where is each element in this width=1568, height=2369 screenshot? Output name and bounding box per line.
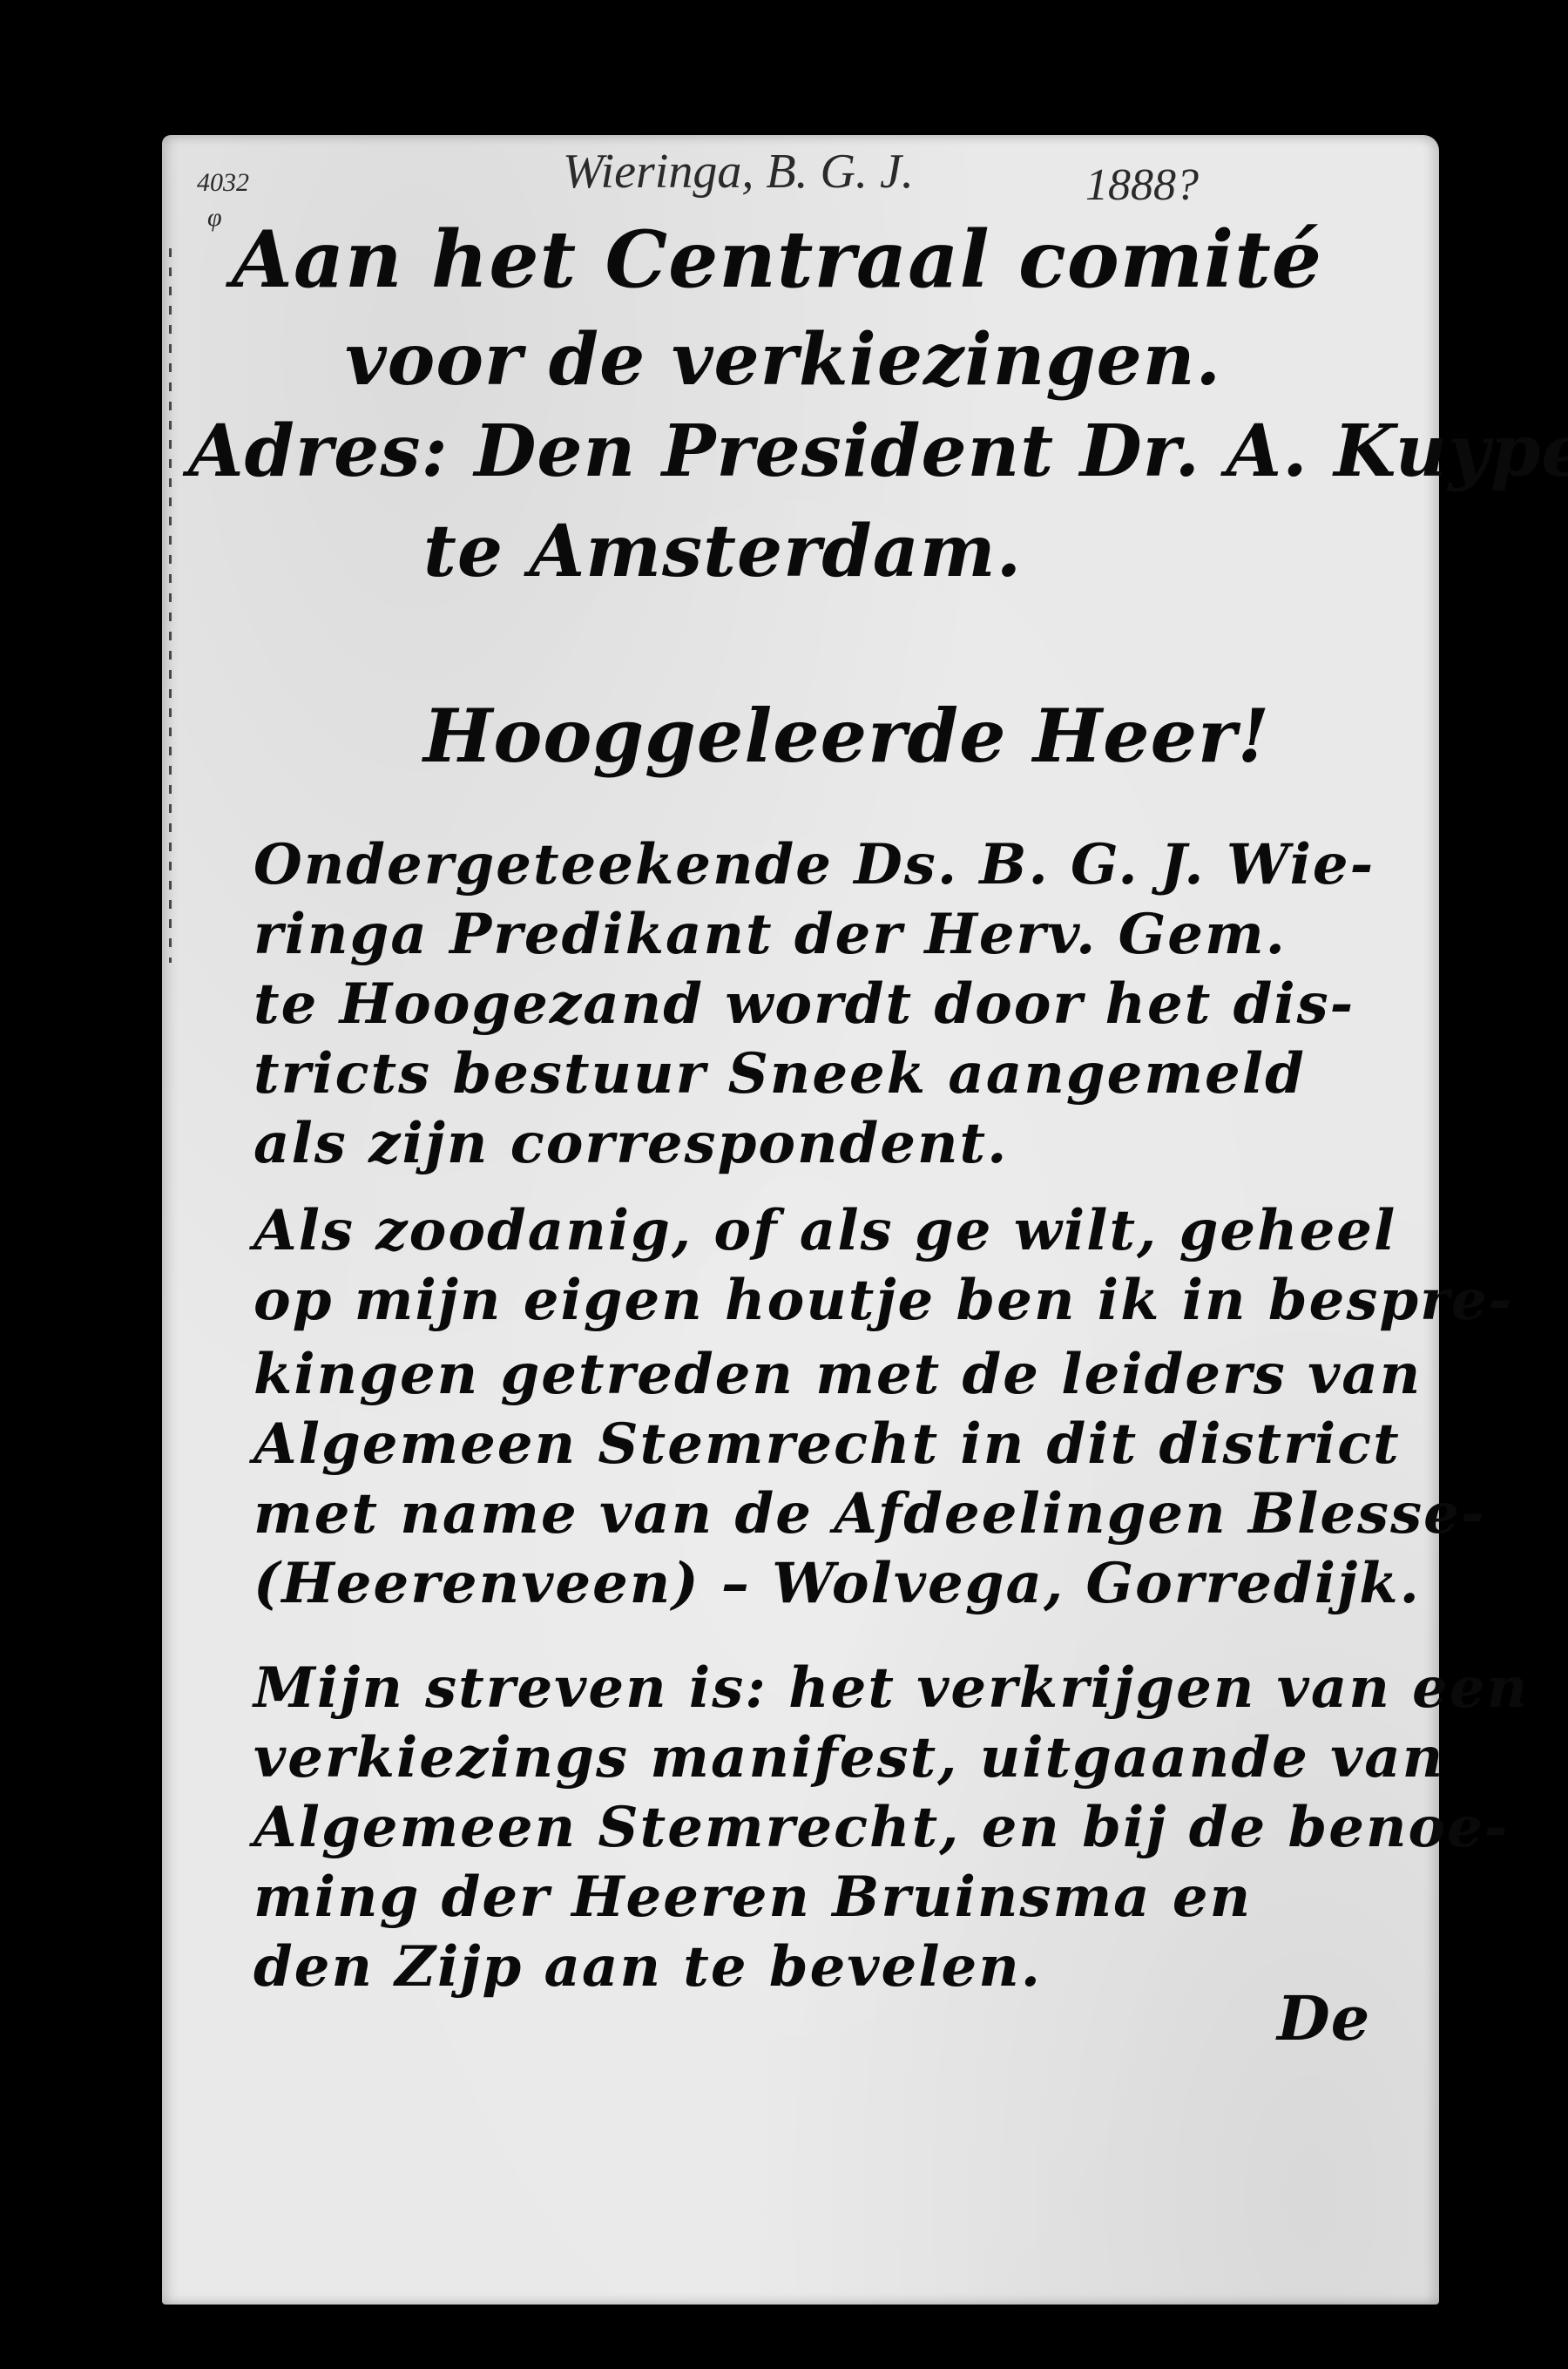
- body-line: Ondergeteekende Ds. B. G. J. Wie-: [253, 832, 1375, 897]
- archive-mark: φ: [207, 203, 222, 233]
- body-line: verkiezings manifest, uitgaande van: [253, 1725, 1444, 1790]
- body-line: ming der Heeren Bruinsma en: [253, 1865, 1252, 1930]
- addressee-line-2: voor de verkiezingen.: [345, 318, 1221, 402]
- body-line: tricts bestuur Sneek aangemeld: [253, 1041, 1306, 1107]
- archive-date: 1888?: [1085, 159, 1199, 211]
- body-line: Mijn streven is: het verkrijgen van een: [253, 1655, 1529, 1721]
- body-line: Algemeen Stemrecht, en bij de benoe-: [253, 1795, 1509, 1860]
- addressee-line-3: Adres: Den President Dr. A. Kuyper: [188, 409, 1568, 493]
- body-line: kingen getreden met de leiders van: [253, 1342, 1422, 1407]
- body-line: Als zoodanig, of als ge wilt, geheel: [253, 1198, 1396, 1263]
- body-line: Algemeen Stemrecht in dit district: [253, 1411, 1401, 1477]
- catchword: De: [1277, 1982, 1370, 2054]
- body-line: met name van de Afdeelingen Blesse-: [253, 1481, 1485, 1547]
- body-line: als zijn correspondent.: [253, 1111, 1008, 1176]
- body-line: ringa Predikant der Herv. Gem.: [253, 902, 1287, 967]
- body-line: (Heerenveen) – Wolvega, Gorredijk.: [253, 1551, 1421, 1616]
- salutation: Hooggeleerde Heer!: [423, 693, 1270, 779]
- addressee-line-1: Aan het Centraal comité: [232, 213, 1322, 306]
- archive-number: 4032: [197, 168, 249, 198]
- archive-author-name: Wieringa, B. G. J.: [563, 144, 914, 200]
- body-line: op mijn eigen houtje ben ik in bespre-: [253, 1268, 1513, 1333]
- addressee-line-4: te Amsterdam.: [423, 510, 1022, 593]
- margin-tear-mark: [169, 248, 172, 963]
- body-line: den Zijp aan te bevelen.: [253, 1934, 1042, 2000]
- body-line: te Hoogezand wordt door het dis-: [253, 971, 1355, 1037]
- letter-page: 4032 φ Wieringa, B. G. J. 1888? Aan het …: [162, 135, 1439, 2305]
